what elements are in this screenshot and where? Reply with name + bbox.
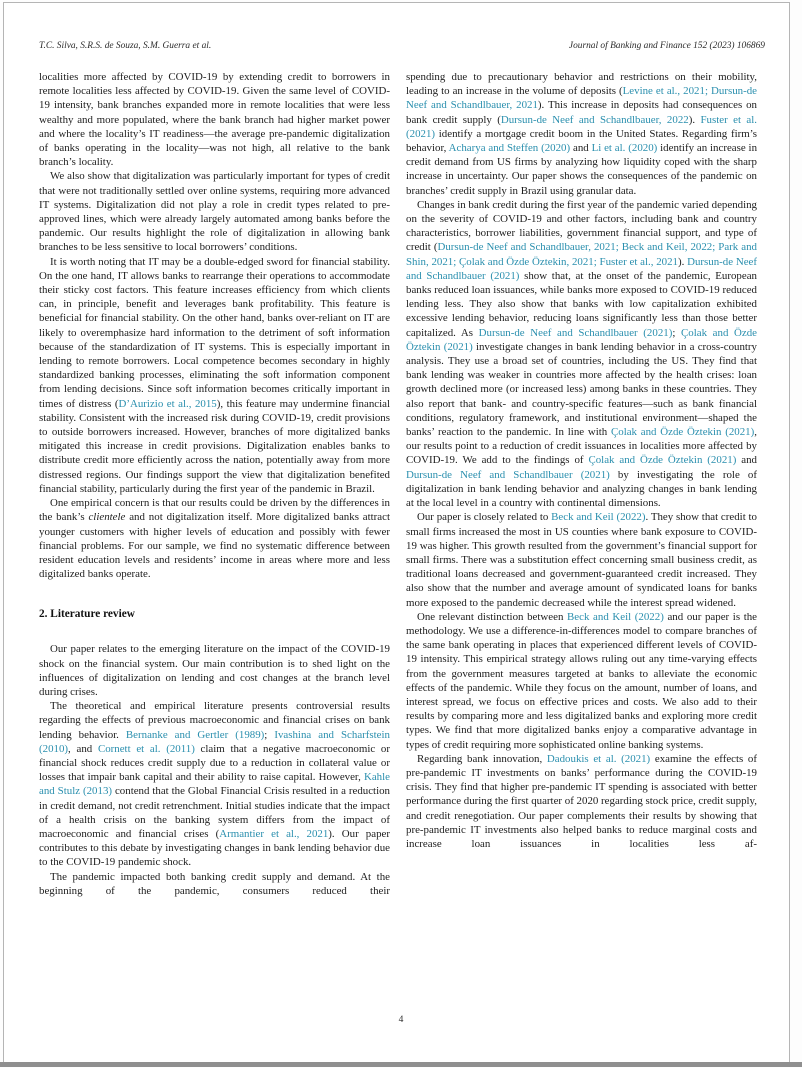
citation-link[interactable]: Cornett et al. (2011): [98, 743, 195, 755]
running-head-authors: T.C. Silva, S.R.S. de Souza, S.M. Guerra…: [39, 41, 211, 51]
paragraph: One relevant distinction between Beck an…: [406, 610, 757, 752]
paragraph: We also show that digitalization was par…: [39, 169, 390, 254]
citation-link[interactable]: Dursun-de Neef and Schandlbauer, 2022: [501, 114, 689, 126]
paragraph: Changes in bank credit during the first …: [406, 198, 757, 510]
citation-link[interactable]: Dursun-de Neef and Schandlbauer (2021): [479, 327, 673, 339]
paragraph: Our paper relates to the emerging litera…: [39, 642, 390, 699]
citation-link[interactable]: Li et al. (2020): [592, 142, 658, 154]
section-heading: 2. Literature review: [39, 608, 390, 621]
citation-link[interactable]: Dadoukis et al. (2021): [547, 753, 650, 765]
paragraph: One empirical concern is that our result…: [39, 496, 390, 581]
citation-link[interactable]: Çolak and Özde Öztekin (2021): [611, 426, 754, 438]
paragraph: It is worth noting that IT may be a doub…: [39, 255, 390, 496]
paragraph: Regarding bank innovation, Dadoukis et a…: [406, 752, 757, 851]
citation-link[interactable]: D’Aurizio et al., 2015: [119, 398, 217, 410]
citation-link[interactable]: Acharya and Steffen (2020): [449, 142, 570, 154]
citation-link[interactable]: Çolak and Özde Öztekin (2021): [588, 454, 736, 466]
citation-link[interactable]: Beck and Keil (2022): [567, 611, 664, 623]
article-body: localities more affected by COVID-19 by …: [39, 70, 757, 898]
citation-link[interactable]: Dursun-de Neef and Schandlbauer (2021): [406, 469, 610, 481]
paragraph: Our paper is closely related to Beck and…: [406, 510, 757, 609]
citation-link[interactable]: Levine et al., 2021; Dursun-de Neef and …: [406, 85, 757, 111]
paragraph: localities more affected by COVID-19 by …: [39, 70, 390, 169]
page-bottom-edge: [0, 1062, 802, 1067]
page-number: 4: [0, 1015, 802, 1025]
running-head-journal: Journal of Banking and Finance 152 (2023…: [569, 41, 765, 51]
paragraph: The pandemic impacted both banking credi…: [39, 870, 390, 898]
left-column: localities more affected by COVID-19 by …: [39, 70, 390, 898]
paragraph: spending due to precautionary behavior a…: [406, 70, 757, 198]
citation-link[interactable]: Bernanke and Gertler (1989): [126, 729, 264, 741]
paragraph: The theoretical and empirical literature…: [39, 699, 390, 869]
right-column: spending due to precautionary behavior a…: [406, 70, 757, 898]
citation-link[interactable]: Armantier et al., 2021: [219, 828, 328, 840]
citation-link[interactable]: Kahle and Stulz (2013): [39, 771, 390, 797]
running-head: T.C. Silva, S.R.S. de Souza, S.M. Guerra…: [39, 41, 765, 51]
citation-link[interactable]: Beck and Keil (2022): [551, 511, 645, 523]
italic-text: clientele: [88, 511, 125, 523]
